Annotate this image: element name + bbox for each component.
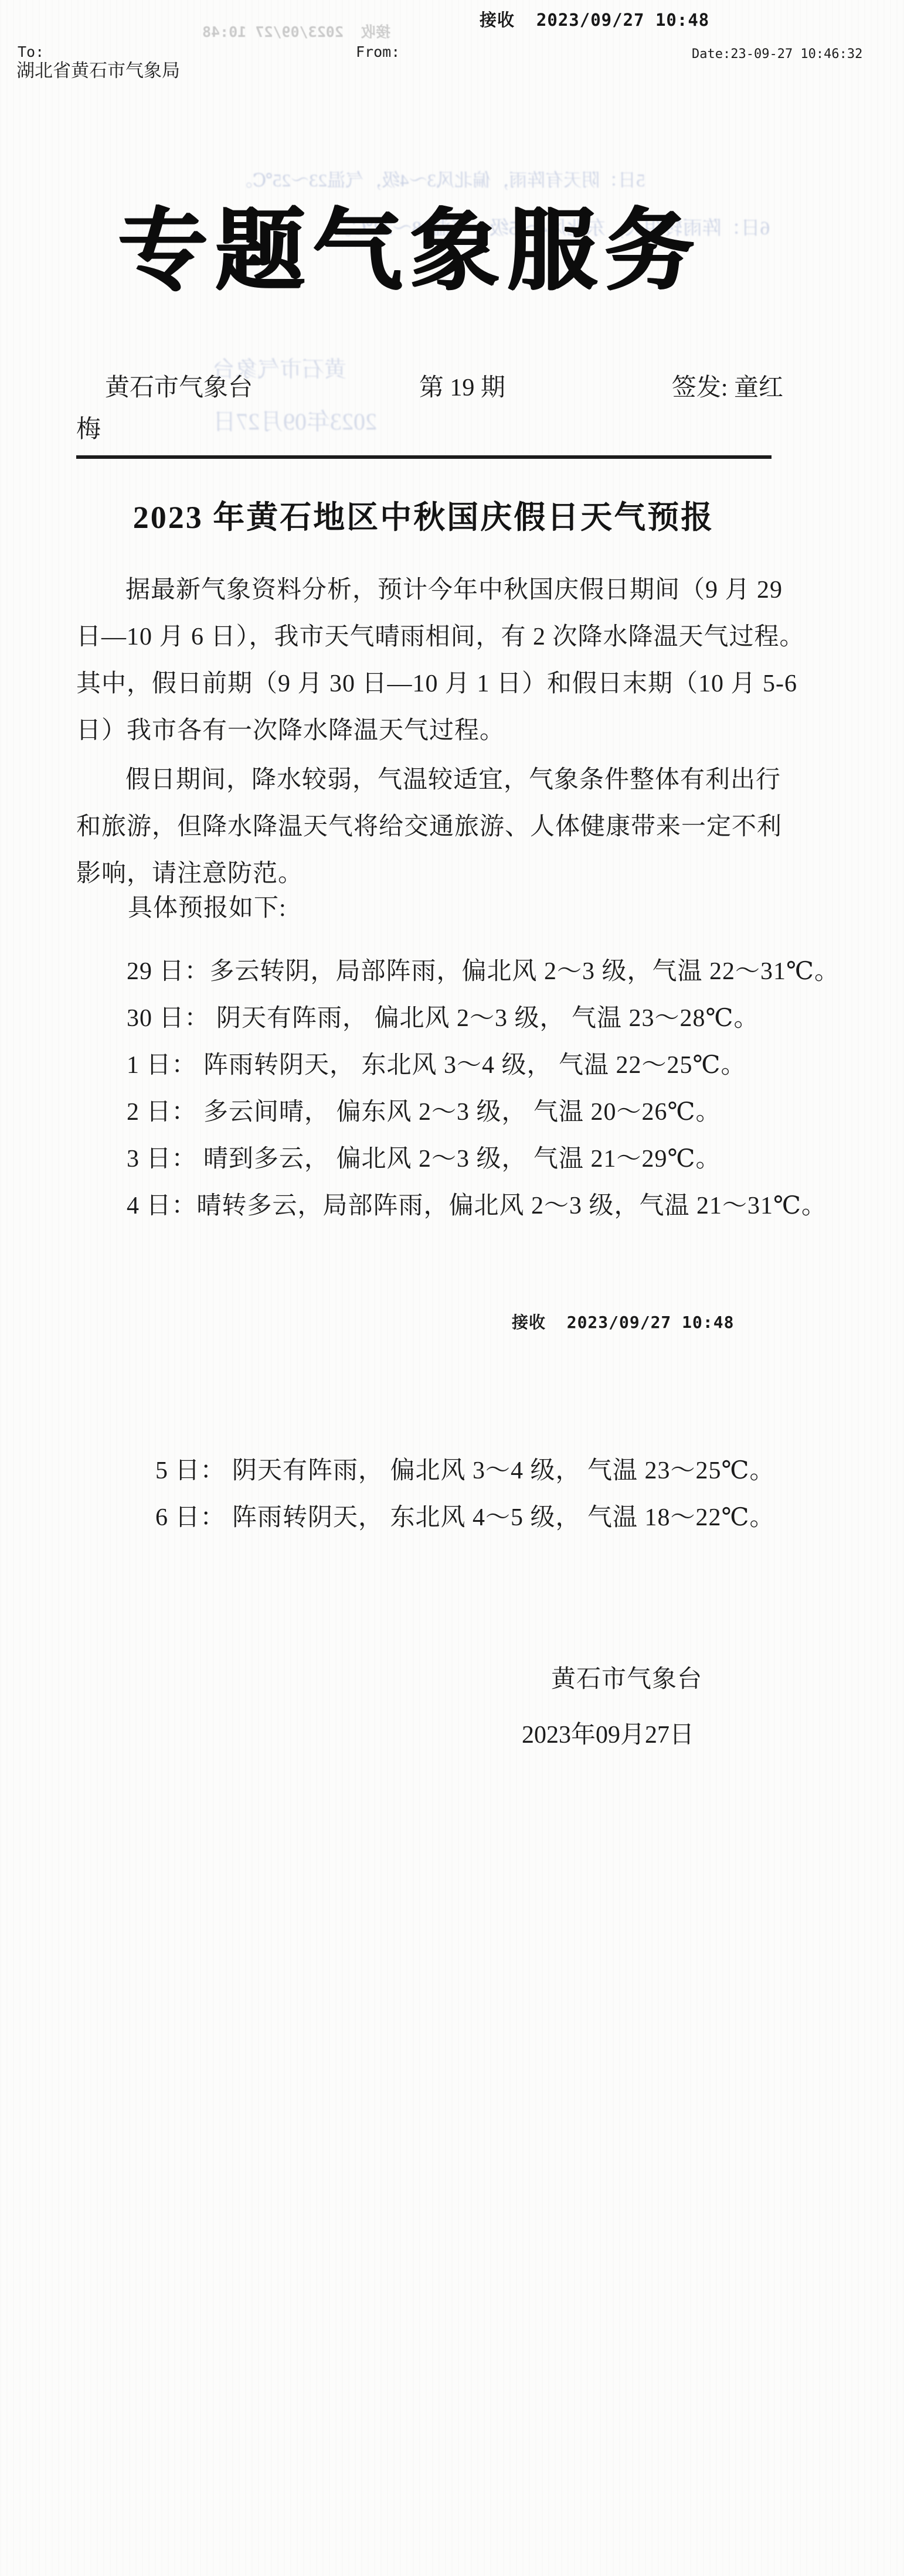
signer-wrapped-character: 梅 [76, 417, 101, 442]
forecast-line-day6: 6 日： 阵雨转阴天， 东北风 4～5 级， 气温 18～22℃。 [155, 1494, 853, 1541]
paragraph-1-line: 日）我市各有一次降水降温天气过程。 [76, 707, 774, 754]
paragraph-1-line: 日—10 月 6 日），我市天气晴雨相间，有 2 次降水降温天气过程。 [76, 614, 774, 660]
masthead-divider-rule [76, 455, 772, 459]
masthead-title: 专题气象服务 [54, 206, 767, 295]
bleed-through-ghost-line-1: 5日：阴天有阵雨，偏北风3～4级，气温23～25℃。 [188, 171, 692, 189]
paragraph-2-line: 假日期间，降水较弱，气温较适宜，气象条件整体有利出行 [76, 757, 774, 803]
forecast-list-page2: 5 日： 阴天有阵雨， 偏北风 3～4 级， 气温 23～25℃。 6 日： 阵… [155, 1447, 853, 1541]
fax-to-label: To: [18, 45, 44, 59]
forecast-line-day29: 29 日：多云转阴，局部阵雨，偏北风 2～3 级，气温 22～31℃。 [127, 948, 824, 995]
issue-number: 第 19 期 [419, 376, 505, 400]
fax-date-stamp: Date:23-09-27 10:46:32 [692, 48, 862, 61]
signature-date: 2023年09月27日 [522, 1723, 694, 1747]
receive-timestamp-stamp: 接收 2023/09/27 10:48 [480, 12, 709, 29]
fax-recipient-name: 湖北省黄石市气象局 [16, 62, 180, 80]
bleed-through-ghost-signature-date: 2023年09月27日 [213, 410, 377, 434]
paragraph-2-line: 影响，请注意防范。 [76, 850, 774, 897]
forecast-line-day4: 4 日：晴转多云，局部阵雨，偏北风 2～3 级，气温 21～31℃。 [127, 1183, 824, 1229]
mirrored-receive-stamp-ghost: 接收 2023/09/27 10:48 [202, 25, 390, 39]
forecast-line-day30: 30 日： 阴天有阵雨， 偏北风 2～3 级， 气温 23～28℃。 [127, 995, 824, 1042]
paragraph-2-line: 和旅游，但降水降温天气将给交通旅游、人体健康带来一定不利 [76, 803, 774, 850]
paragraph-1-line: 据最新气象资料分析，预计今年中秋国庆假日期间（9 月 29 [76, 567, 774, 614]
fax-from-label: From: [356, 45, 400, 59]
bulletin-title: 2023 年黄石地区中秋国庆假日天气预报 [76, 502, 771, 533]
signer-label: 签发: 童红 [672, 376, 783, 400]
forecast-section-label: 具体预报如下: [128, 896, 287, 921]
signature-organization: 黄石市气象台 [551, 1667, 702, 1692]
paragraph-1: 据最新气象资料分析，预计今年中秋国庆假日期间（9 月 29 日—10 月 6 日… [76, 567, 774, 754]
forecast-line-day5: 5 日： 阴天有阵雨， 偏北风 3～4 级， 气温 23～25℃。 [155, 1447, 853, 1494]
forecast-line-day1: 1 日： 阵雨转阴天， 东北风 3～4 级， 气温 22～25℃。 [127, 1042, 824, 1089]
paragraph-1-line: 其中，假日前期（9 月 30 日—10 月 1 日）和假日末期（10 月 5-6 [76, 660, 774, 707]
issuer-name: 黄石市气象台 [105, 376, 253, 400]
receive-timestamp-stamp-2: 接收 2023/09/27 10:48 [512, 1314, 734, 1331]
issue-info-line: 黄石市气象台 第 19 期 签发: 童红 [105, 376, 783, 400]
scanned-fax-page: 接收 2023/09/27 10:48 接收 2023/09/27 10:48 … [0, 0, 904, 2576]
forecast-line-day2: 2 日： 多云间晴， 偏东风 2～3 级， 气温 20～26℃。 [127, 1089, 824, 1136]
paragraph-2: 假日期间，降水较弱，气温较适宜，气象条件整体有利出行 和旅游，但降水降温天气将给… [76, 757, 774, 897]
forecast-line-day3: 3 日： 晴到多云， 偏北风 2～3 级， 气温 21～29℃。 [127, 1136, 824, 1183]
forecast-list: 29 日：多云转阴，局部阵雨，偏北风 2～3 级，气温 22～31℃。 30 日… [127, 948, 824, 1229]
